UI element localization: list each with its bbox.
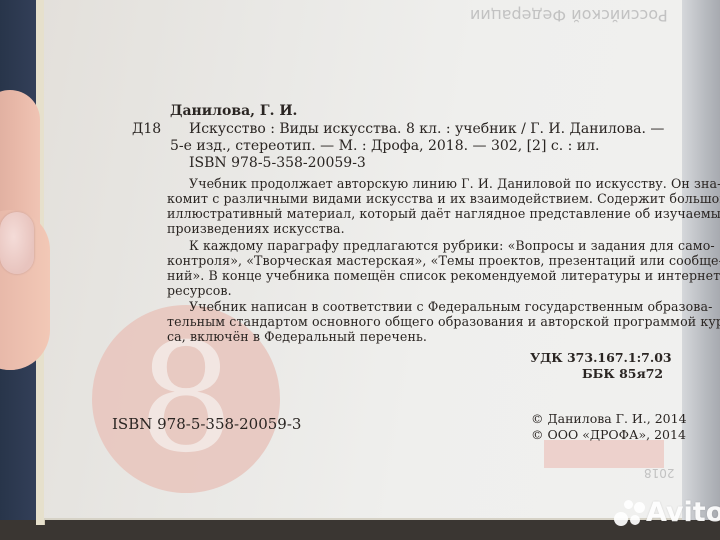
author-heading: Данилова, Г. И. [170, 103, 297, 119]
annotation-p2-line1: К каждому параграфу предлагаются рубрики… [189, 238, 715, 253]
title-line-1: Искусство : Виды искусства. 8 кл. : учеб… [189, 121, 664, 137]
fingernail [0, 212, 34, 274]
annotation-p1-line1: Учебник продолжает авторскую линию Г. И.… [189, 176, 720, 191]
annotation-p2-line3: ний». В конце учебника помещён список ре… [167, 268, 720, 283]
annotation-p3-line3: са, включён в Федеральный перечень. [167, 329, 427, 344]
title-line-2: 5-е изд., стереотип. — М. : Дрофа, 2018.… [170, 138, 599, 154]
table-surface [0, 520, 720, 540]
show-through-text-top: Российской Федерации [470, 6, 668, 25]
annotation-p2-line4: ресурсов. [167, 283, 232, 298]
annotation-p3-line2: тельным стандартом основного общего обра… [167, 314, 720, 329]
avito-logo-icon [614, 500, 642, 528]
copyright-publisher: © ООО «ДРОФА», 2014 [531, 427, 686, 442]
copyright-author: © Данилова Г. И., 2014 [531, 411, 687, 426]
udk-code: УДК 373.167.1:7.03 [530, 350, 672, 365]
annotation-p1-line4: произведениях искусства. [167, 221, 345, 236]
call-number: Д18 [132, 121, 161, 137]
annotation-p3-line1: Учебник написан в соответствии с Федерал… [189, 299, 712, 314]
annotation-p2-line2: контроля», «Творческая мастерская», «Тем… [167, 253, 720, 268]
isbn-line: ISBN 978-5-358-20059-3 [189, 155, 366, 171]
bbk-code: ББК 85я72 [582, 366, 663, 381]
show-through-year: 2018 [644, 466, 675, 480]
footer-isbn: ISBN 978-5-358-20059-3 [112, 415, 301, 433]
publisher-logo-show-through [544, 440, 664, 468]
avito-watermark: Avito [646, 497, 720, 528]
annotation-p1-line3: иллюстративный материал, который даёт на… [167, 206, 720, 221]
annotation-p1-line2: комит с различными видами искусства и их… [167, 191, 720, 206]
